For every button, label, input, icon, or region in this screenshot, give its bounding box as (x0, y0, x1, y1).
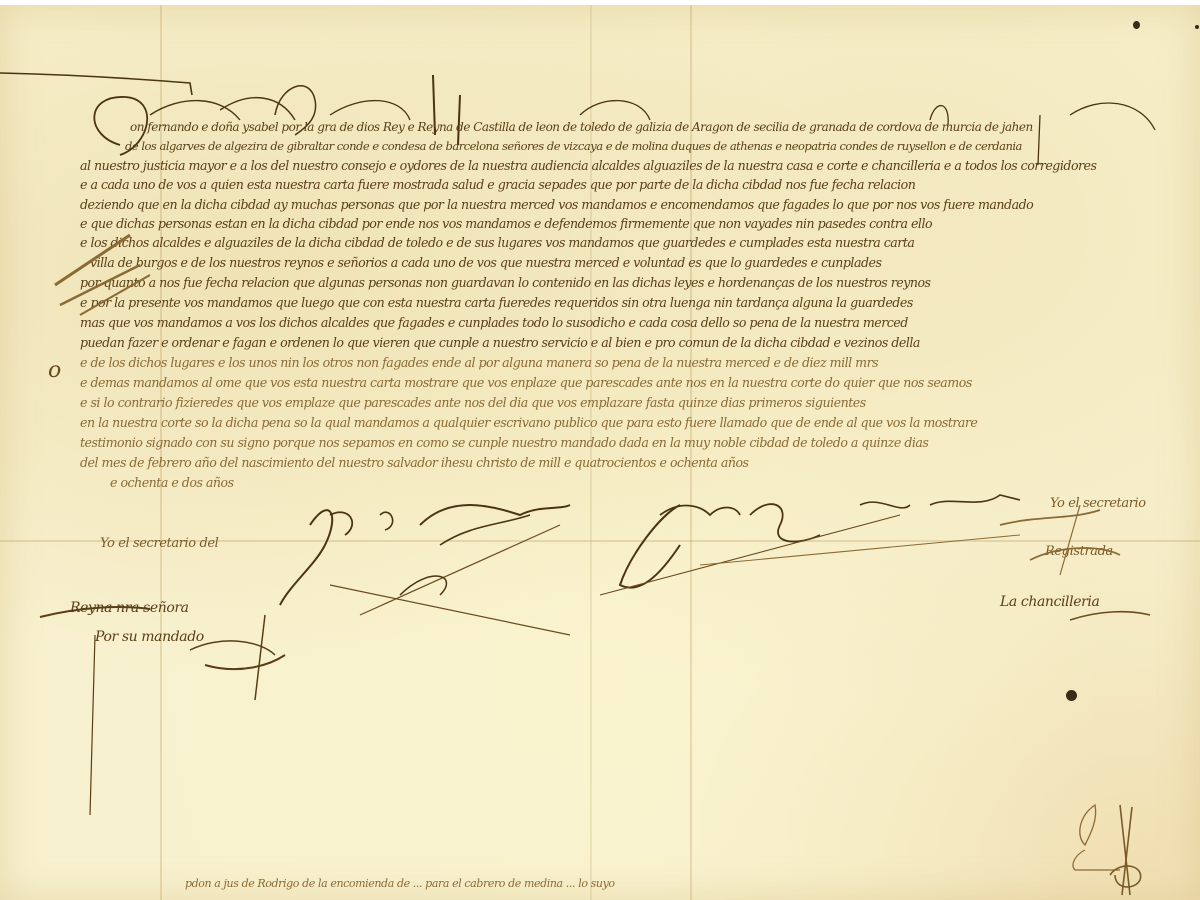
ink-blot (1133, 21, 1140, 29)
document-body-line: e los dichos alcaldes e alguaziles de la… (80, 235, 1160, 250)
margin-mark: o (48, 360, 61, 382)
document-body-line: e que dichas personas estan en la dicha … (80, 216, 1160, 231)
document-body-line: mas que vos mandamos a vos los dichos al… (80, 315, 1150, 330)
left-annotation: Yo el secretario del (100, 537, 218, 550)
queen-signature (600, 475, 1040, 605)
document-body-line: en la nuestra corte so la dicha pena so … (80, 415, 1140, 430)
document-body-line: e de los dichos lugares e los unos nin l… (80, 355, 1150, 370)
parchment-sheet: on fernando e doña ysabel por la gra de … (0, 5, 1200, 900)
document-body-line: deziendo que en la dicha cibdad ay mucha… (80, 197, 1160, 212)
document-body-line: al nuestro justicia mayor e a los del nu… (80, 158, 1160, 173)
document-body-line: de los algarves de algezira de gibraltar… (125, 139, 1155, 153)
document-body-line: villa de burgos e de los nuestros reynos… (90, 255, 1160, 270)
left-margin-strokes (50, 205, 170, 325)
document-body-line: e si lo contrario fizieredes que vos emp… (80, 395, 1150, 410)
ink-blot (1195, 25, 1199, 29)
document-body-line: testimonio signado con su signo porque n… (80, 435, 1140, 450)
document-body-line: e demas mandamos al ome que vos esta nue… (80, 375, 1150, 390)
document-body-line: e por la presente vos mandamos que luego… (80, 295, 1160, 310)
document-body-line: del mes de febrero año del nascimiento d… (80, 455, 1120, 470)
bottom-note: pdon a jus de Rodrigo de la encomienda d… (185, 878, 615, 889)
left-annotation-flourishes (40, 595, 300, 715)
king-signature (270, 485, 590, 645)
rubric-monogram-icon (1060, 795, 1150, 895)
document-body-line: e a cada uno de vos a quien esta nuestra… (80, 177, 1160, 192)
ink-blot (1066, 690, 1077, 701)
document-body-line: por quanto a nos fue fecha relacion que … (80, 275, 1160, 290)
document-body-line: on fernando e doña ysabel por la gra de … (130, 120, 1130, 134)
right-annotation-flourishes (990, 485, 1190, 635)
document-body-line: puedan fazer e ordenar e fagan e ordenen… (80, 335, 1150, 350)
